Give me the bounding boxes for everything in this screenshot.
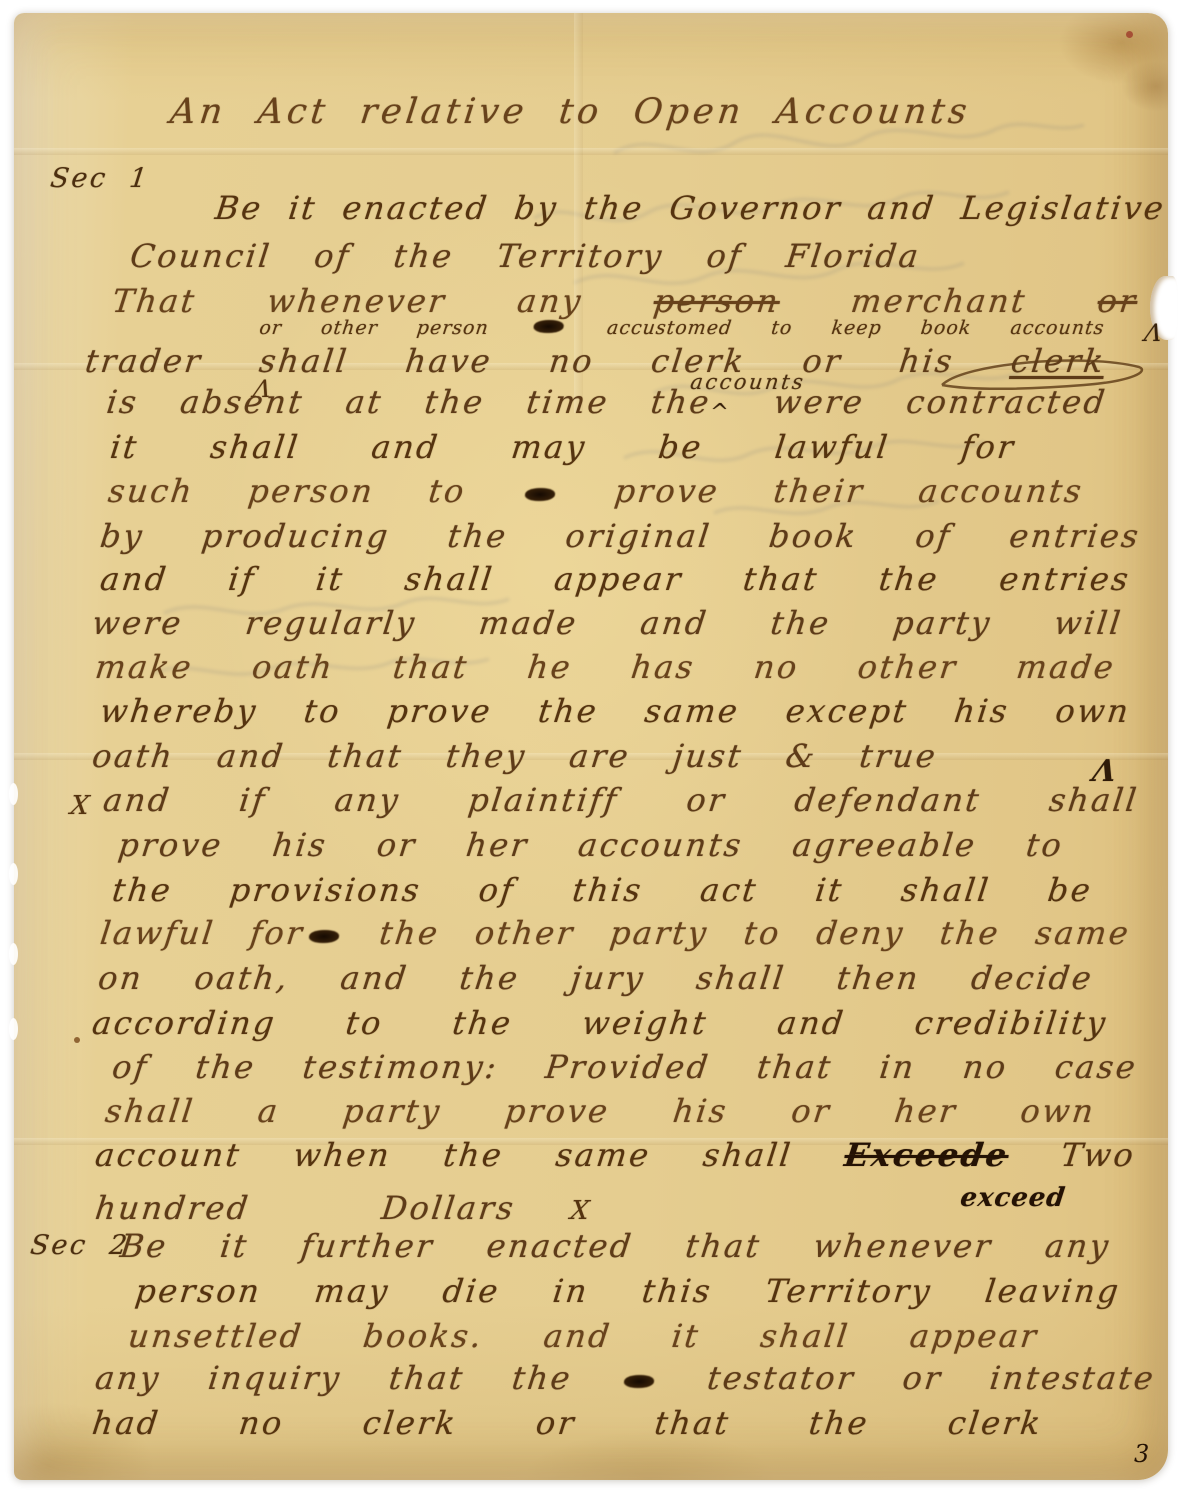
manuscript-line: trader shall have no clerk or his clerk xyxy=(83,341,1108,381)
ink-blot xyxy=(532,320,564,333)
text-segment: testator or intestate xyxy=(658,1359,1158,1397)
manuscript-line: lawful for the other party to deny the s… xyxy=(98,913,1133,953)
insertion-x-mark: X xyxy=(568,1191,594,1231)
ink-blot xyxy=(524,488,556,501)
text-segment: according to the weight and credibility xyxy=(90,1004,1110,1042)
text-segment: were regularly made and the party will xyxy=(90,604,1125,642)
manuscript-line: such person to prove their accounts xyxy=(106,471,1086,511)
manuscript-text: An Act relative to Open AccountsSec 1Be … xyxy=(14,13,1168,1480)
text-segment: merchant xyxy=(778,282,1101,320)
text-segment: account when the same shall xyxy=(93,1136,847,1174)
text-segment: and if any plaintiff or defendant shall xyxy=(101,781,1141,819)
manuscript-line: prove his or her accounts agreeable to xyxy=(116,825,1066,865)
manuscript-line: account when the same shall Exceede Two xyxy=(93,1135,1138,1175)
manuscript-line: person may die in this Territory leaving xyxy=(133,1271,1123,1311)
manuscript-line: had no clerk or that the clerk xyxy=(90,1403,1045,1443)
text-segment: Be it further enacted that whenever any xyxy=(118,1227,1113,1265)
text-segment: prove their accounts xyxy=(558,472,1086,510)
caret-mark: Λ xyxy=(1142,313,1167,353)
manuscript-line: of the testimony: Provided that in no ca… xyxy=(110,1047,1140,1087)
manuscript-line: the provisions of this act it shall be xyxy=(110,870,1095,910)
manuscript-line: any inquiry that the testator or intesta… xyxy=(93,1358,1158,1398)
text-segment: prove his or her accounts agreeable to xyxy=(116,826,1066,864)
manuscript-line: on oath, and the jury shall then decide xyxy=(96,958,1096,998)
ink-blot xyxy=(308,930,340,943)
text-segment: on oath, and the jury shall then decide xyxy=(96,959,1096,997)
manuscript-line: shall a party prove his or her own xyxy=(103,1091,1098,1131)
manuscript-line: make oath that he has no other made xyxy=(93,647,1118,687)
text-segment: it shall and may be lawful for xyxy=(108,428,1018,466)
manuscript-line: oath and that they are just & true xyxy=(90,736,940,776)
manuscript-line: That whenever any person merchant or xyxy=(110,281,1140,321)
text-segment: Two xyxy=(1006,1136,1137,1174)
manuscript-line: is absent at the time the^ were contract… xyxy=(103,382,1109,433)
manuscript-line: according to the weight and credibility xyxy=(90,1003,1110,1043)
manuscript-line: were regularly made and the party will xyxy=(90,603,1125,643)
manuscript-line: Be it enacted by the Governor and Legisl… xyxy=(213,188,1168,228)
text-segment: the other party to deny the same xyxy=(342,914,1133,952)
correction-word: exceed xyxy=(958,1178,1068,1218)
text-segment: Be it enacted by the Governor and Legisl… xyxy=(213,189,1168,227)
manuscript-line: and if any plaintiff or defendant shall xyxy=(101,780,1141,820)
text-segment: Sec 1 xyxy=(49,163,151,194)
text-segment: clerk xyxy=(1009,342,1108,380)
text-segment: had no clerk or that the clerk xyxy=(90,1404,1045,1442)
text-segment: exceed xyxy=(959,1183,1068,1213)
text-segment: by producing the original book of entrie… xyxy=(98,517,1143,555)
text-segment: An Act relative to Open Accounts xyxy=(168,92,973,132)
text-segment: unsettled books. and it shall appear xyxy=(126,1317,1041,1355)
text-segment: is absent at the time the xyxy=(104,383,713,421)
text-segment: Λ xyxy=(1143,319,1166,347)
text-segment: person xyxy=(652,282,783,320)
text-segment: such person to xyxy=(106,472,523,510)
text-segment: and if it shall appear that the entries xyxy=(98,560,1133,598)
text-segment: oath and that they are just & true xyxy=(90,737,940,775)
text-segment: Exceede xyxy=(842,1136,1011,1174)
text-segment: ^ xyxy=(708,400,732,425)
text-segment: That whenever any xyxy=(110,282,656,320)
section-label-2: Sec 2 xyxy=(28,1226,132,1266)
text-segment: hundred Dollars xyxy=(93,1189,518,1227)
ink-blot xyxy=(624,1375,656,1388)
text-segment: the provisions of this act it shall be xyxy=(110,871,1095,909)
manuscript-line: unsettled books. and it shall appear xyxy=(126,1316,1041,1356)
manuscript-page: An Act relative to Open AccountsSec 1Be … xyxy=(14,13,1168,1480)
text-segment: shall a party prove his or her own xyxy=(103,1092,1098,1130)
text-segment: of the testimony: Provided that in no ca… xyxy=(110,1048,1140,1086)
act-title: An Act relative to Open Accounts xyxy=(168,92,973,132)
manuscript-line: and if it shall appear that the entries xyxy=(98,559,1133,599)
scan-background: An Act relative to Open AccountsSec 1Be … xyxy=(0,0,1200,1497)
text-segment: X xyxy=(69,791,94,821)
text-segment: or other person xyxy=(258,317,529,339)
margin-x-mark: X xyxy=(68,786,94,826)
text-segment: trader shall have no clerk or his xyxy=(83,342,1013,380)
manuscript-line: whereby to prove the same except his own xyxy=(98,691,1133,731)
text-segment: any inquiry that the xyxy=(93,1359,622,1397)
text-segment: lawful for xyxy=(98,914,306,952)
manuscript-line: Council of the Territory of Florida xyxy=(128,236,923,276)
manuscript-line: hundred Dollars xyxy=(93,1188,518,1228)
text-segment: Council of the Territory of Florida xyxy=(128,237,923,275)
manuscript-line: it shall and may be lawful for xyxy=(108,427,1018,467)
manuscript-line: Be it further enacted that whenever any xyxy=(118,1226,1113,1266)
page-number: 3 xyxy=(1134,1440,1149,1468)
text-segment: or xyxy=(1096,282,1140,320)
text-segment: Sec 2 xyxy=(29,1230,131,1261)
manuscript-line: by producing the original book of entrie… xyxy=(98,516,1143,556)
text-segment: whereby to prove the same except his own xyxy=(98,692,1133,730)
section-label-1: Sec 1 xyxy=(48,159,152,199)
text-segment: X xyxy=(569,1196,594,1226)
text-segment: were contracted xyxy=(730,383,1109,421)
text-segment: person may die in this Territory leaving xyxy=(133,1272,1123,1310)
text-segment: accustomed to keep book accounts xyxy=(567,317,1106,339)
interline-insertion: or other person accustomed to keep book … xyxy=(258,316,1106,340)
text-segment: make oath that he has no other made xyxy=(93,648,1118,686)
